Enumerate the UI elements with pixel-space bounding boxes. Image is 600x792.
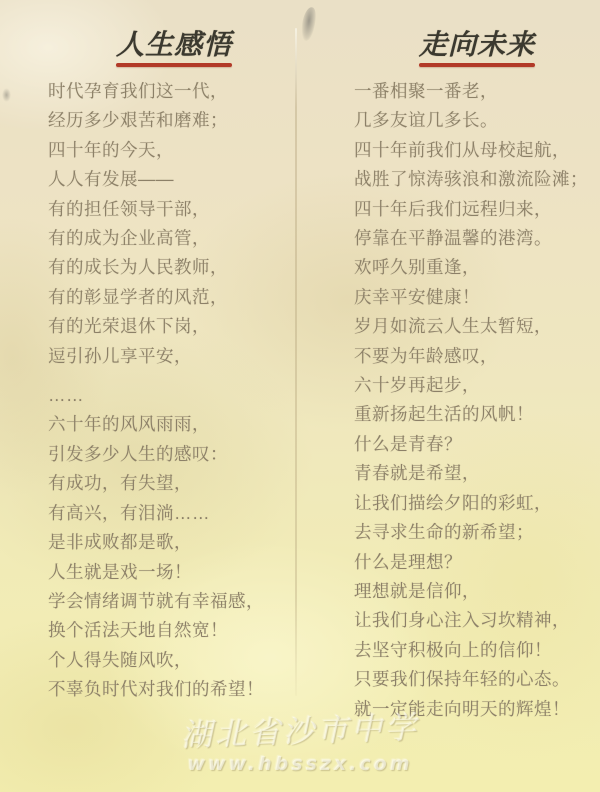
poem-line: 四十年后我们远程归来，	[354, 195, 600, 224]
poem-line: 个人得失随风吹，	[48, 646, 300, 675]
poem-line: 重新扬起生活的风帆！	[354, 400, 600, 429]
poem-line: 欢呼久别重逢，	[354, 253, 600, 282]
poem-line: 六十年的风风雨雨，	[48, 410, 300, 439]
poem-line: 理想就是信仰，	[354, 577, 600, 606]
poem-line: 庆幸平安健康！	[354, 283, 600, 312]
poem-line: 逗引孙儿享平安，	[48, 342, 300, 371]
poem-line: 四十年前我们从母校起航，	[354, 136, 600, 165]
poem-line: 有的担任领导干部，	[48, 195, 300, 224]
poem-lines-right: 一番相聚一番老，几多友谊几多长。四十年前我们从母校起航，战胜了惊涛骇浪和激流险滩…	[354, 77, 600, 724]
poem-line: 战胜了惊涛骇浪和激流险滩；	[354, 165, 600, 194]
poem-line: 一番相聚一番老，	[354, 77, 600, 106]
poem-line: 经历多少艰苦和磨难；	[48, 106, 300, 135]
poem-line: 有的成为企业高管，	[48, 224, 300, 253]
poem-line: 是非成败都是歌，	[48, 528, 300, 557]
column-header-left: 人生感悟	[48, 28, 300, 67]
poem-line: 去寻求生命的新希望；	[354, 518, 600, 547]
poem-line: 就一定能走向明天的辉煌！	[354, 695, 600, 724]
title-underline-left	[116, 63, 232, 67]
scan-speck	[2, 88, 11, 102]
poem-line: 不辜负时代对我们的希望！	[48, 675, 300, 704]
page-title-life-reflections: 人生感悟	[116, 28, 232, 62]
poem-line: 只要我们保持年轻的心态。	[354, 665, 600, 694]
poem-line: 四十年的今天，	[48, 136, 300, 165]
poem-line: ……	[48, 381, 300, 410]
poem-line: 岁月如流云人生太暂短，	[354, 312, 600, 341]
scan-smudge	[300, 6, 318, 41]
watermark-url: www.hbsszx.com	[0, 753, 600, 775]
poem-lines-left: 时代孕育我们这一代，经历多少艰苦和磨难；四十年的今天，人人有发展——有的担任领导…	[48, 77, 300, 705]
poem-line: 青春就是希望，	[354, 459, 600, 488]
poem-line: 有成功，有失望，	[48, 469, 300, 498]
poem-line: 六十岁再起步，	[354, 371, 600, 400]
poem-line: 什么是理想？	[354, 548, 600, 577]
poem-line: 去坚守积极向上的信仰！	[354, 636, 600, 665]
poem-line: 让我们身心注入习坎精神，	[354, 606, 600, 635]
poem-line: 有高兴，有泪淌……	[48, 499, 300, 528]
scanned-page: 人生感悟 时代孕育我们这一代，经历多少艰苦和磨难；四十年的今天，人人有发展——有…	[0, 0, 600, 792]
poem-line: 人生就是戏一场！	[48, 558, 300, 587]
title-block-right: 走向未来	[419, 28, 535, 67]
column-header-right: 走向未来	[354, 28, 600, 67]
poem-line: 几多友谊几多长。	[354, 106, 600, 135]
title-underline-right	[419, 63, 535, 67]
poem-line: 学会情绪调节就有幸福感，	[48, 587, 300, 616]
poem-line: 什么是青春？	[354, 430, 600, 459]
page-title-toward-future: 走向未来	[419, 28, 535, 62]
title-block-left: 人生感悟	[116, 28, 232, 67]
poem-line: 引发多少人生的感叹：	[48, 440, 300, 469]
poem-line: 让我们描绘夕阳的彩虹，	[354, 489, 600, 518]
poem-line: 停靠在平静温馨的港湾。	[354, 224, 600, 253]
poem-line: 时代孕育我们这一代，	[48, 77, 300, 106]
poem-line: 人人有发展——	[48, 165, 300, 194]
poem-line: 不要为年龄感叹，	[354, 342, 600, 371]
poem-line: 有的光荣退休下岗，	[48, 312, 300, 341]
poem-line: 有的成长为人民教师，	[48, 253, 300, 282]
poem-line: 换个活法天地自然宽！	[48, 616, 300, 645]
poem-line: 有的彰显学者的风范，	[48, 283, 300, 312]
